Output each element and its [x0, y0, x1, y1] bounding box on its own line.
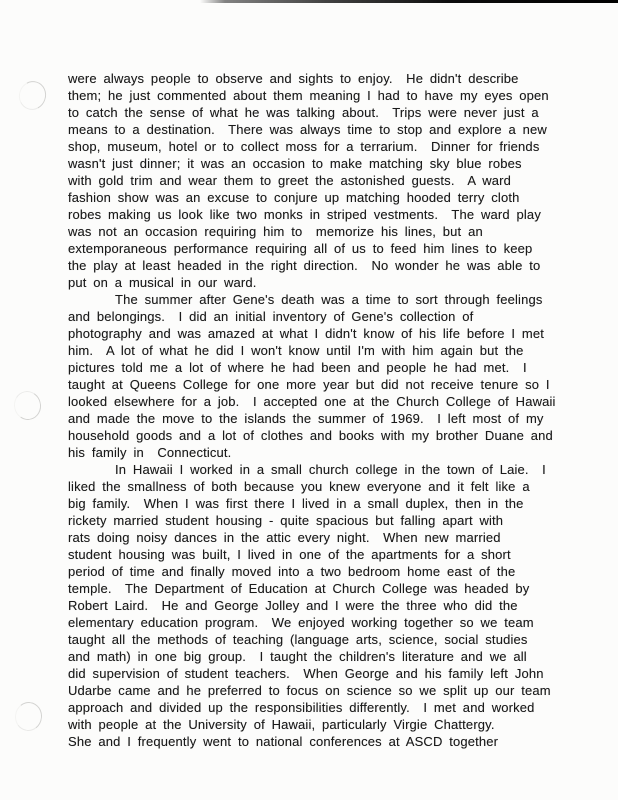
- text-line: rats doing noisy dances in the attic eve…: [68, 529, 562, 546]
- text-line: were always people to observe and sights…: [68, 70, 562, 87]
- text-line: elementary education program. We enjoyed…: [68, 614, 562, 631]
- text-line: temple. The Department of Education at C…: [68, 580, 562, 597]
- text-line: did supervision of student teachers. Whe…: [68, 665, 562, 682]
- text-line: In Hawaii I worked in a small church col…: [68, 461, 562, 478]
- scanned-page: were always people to observe and sights…: [0, 0, 618, 800]
- scan-artifact-top-streak: [200, 0, 618, 3]
- text-line: taught all the methods of teaching (lang…: [68, 631, 562, 648]
- text-line: to catch the sense of what he was talkin…: [68, 104, 562, 121]
- text-line: shop, museum, hotel or to collect moss f…: [68, 138, 562, 155]
- text-line: and math) in one big group. I taught the…: [68, 648, 562, 665]
- text-line: robes making us look like two monks in s…: [68, 206, 562, 223]
- text-line: with gold trim and wear them to greet th…: [68, 172, 562, 189]
- document-text: were always people to observe and sights…: [68, 70, 562, 750]
- text-line: big family. When I was first there I liv…: [68, 495, 562, 512]
- text-line: him. A lot of what he did I won't know u…: [68, 342, 562, 359]
- text-line: Udarbe came and he preferred to focus on…: [68, 682, 562, 699]
- text-line: with people at the University of Hawaii,…: [68, 716, 562, 733]
- text-line: and made the move to the islands the sum…: [68, 410, 562, 427]
- text-line: period of time and finally moved into a …: [68, 563, 562, 580]
- text-line: pictures told me a lot of where he had b…: [68, 359, 562, 376]
- text-line: approach and divided up the responsibili…: [68, 699, 562, 716]
- text-line: looked elsewhere for a job. I accepted o…: [68, 393, 562, 410]
- text-line: She and I frequently went to national co…: [68, 733, 562, 750]
- text-line: household goods and a lot of clothes and…: [68, 427, 562, 444]
- text-line: wasn't just dinner; it was an occasion t…: [68, 155, 562, 172]
- text-line: student housing was built, I lived in on…: [68, 546, 562, 563]
- text-line: was not an occasion requiring him to mem…: [68, 223, 562, 240]
- text-line: fashion show was an excuse to conjure up…: [68, 189, 562, 206]
- text-line: his family in Connecticut.: [68, 444, 562, 461]
- text-line: photography and was amazed at what I did…: [68, 325, 562, 342]
- text-line: and belongings. I did an initial invento…: [68, 308, 562, 325]
- text-line: extemporaneous performance requiring all…: [68, 240, 562, 257]
- text-line: the play at least headed in the right di…: [68, 257, 562, 274]
- punch-hole-mark: [11, 389, 43, 423]
- text-line: rickety married student housing - quite …: [68, 512, 562, 529]
- punch-hole-mark: [15, 78, 50, 114]
- text-line: them; he just commented about them meani…: [68, 87, 562, 104]
- text-line: means to a destination. There was always…: [68, 121, 562, 138]
- text-line: The summer after Gene's death was a time…: [68, 291, 562, 308]
- text-line: liked the smallness of both because you …: [68, 478, 562, 495]
- text-line: put on a musical in our ward.: [68, 274, 562, 291]
- text-line: Robert Laird. He and George Jolley and I…: [68, 597, 562, 614]
- text-line: taught at Queens College for one more ye…: [68, 376, 562, 393]
- punch-hole-mark: [13, 700, 44, 732]
